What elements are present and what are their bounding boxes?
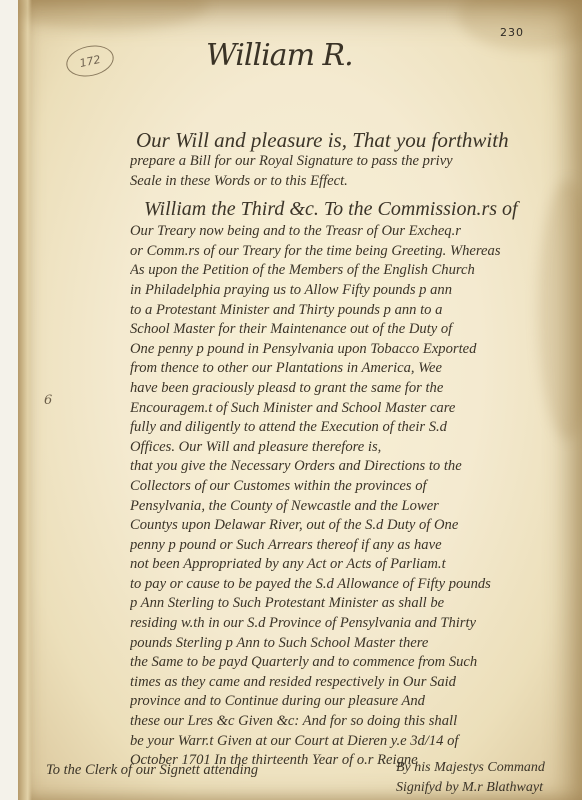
body-line: Our Treary now being and to the Treasr o…	[130, 222, 582, 242]
body-line: that you give the Necessary Orders and D…	[130, 457, 582, 477]
body-line: William the Third &c. To the Commission.…	[130, 197, 582, 222]
document-heading: William R.	[206, 38, 353, 73]
folio-number-circled: 172	[63, 41, 116, 80]
addressee-line: To the Clerk of our Signett attending	[46, 762, 258, 779]
signature-block: By his Majestys Command Signifyd by M.r …	[396, 758, 582, 798]
page-number: 230	[500, 26, 524, 39]
body-line: these our Lres &c Given &c: And for so d…	[130, 712, 582, 732]
body-line: residing w.th in our S.d Province of Pen…	[130, 614, 582, 634]
body-line: be your Warr.t Given at our Court at Die…	[130, 732, 582, 752]
body-line: fully and diligently to attend the Execu…	[130, 418, 582, 438]
body-line: not been Appropriated by any Act or Acts…	[130, 555, 582, 575]
body-line: in Philadelphia praying us to Allow Fift…	[130, 281, 582, 301]
body-line: have been graciously pleasd to grant the…	[130, 379, 582, 399]
body-line: to pay or cause to be payed the S.d Allo…	[130, 575, 582, 595]
body-line: One penny p pound in Pensylvania upon To…	[130, 340, 582, 360]
paper-edge	[18, 0, 32, 800]
body-line: Encouragem.t of Such Minister and School…	[130, 399, 582, 419]
body-line: As upon the Petition of the Members of t…	[130, 261, 582, 281]
body-line: the Same to be payd Quarterly and to com…	[130, 653, 582, 673]
body-line: penny p pound or Such Arrears thereof if…	[130, 536, 582, 556]
body-line: Collectors of our Customes within the pr…	[130, 477, 582, 497]
body-line: Pensylvania, the County of Newcastle and…	[130, 497, 582, 517]
margin-note: 6	[44, 393, 52, 408]
body-line: Offices. Our Will and pleasure therefore…	[130, 438, 582, 458]
stain	[458, 0, 582, 50]
body-line: Seale in these Words or to this Effect.	[130, 172, 582, 192]
body-line: School Master for their Maintenance out …	[130, 320, 582, 340]
body-line: from thence to other our Plantations in …	[130, 359, 582, 379]
body-line: pounds Sterling p Ann to Such School Mas…	[130, 634, 582, 654]
body-line: prepare a Bill for our Royal Signature t…	[130, 152, 582, 172]
signature-line: Signifyd by M.r Blathwayt	[396, 778, 582, 798]
body-line: or Comm.rs of our Treary for the time be…	[130, 242, 582, 262]
body-line: p Ann Sterling to Such Protestant Minist…	[130, 594, 582, 614]
stain	[18, 0, 208, 30]
body-line: Countys upon Delawar River, out of the S…	[130, 516, 582, 536]
body-line: to a Protestant Minister and Thirty poun…	[130, 301, 582, 321]
manuscript-page: 172 230 William R. 6 Our Will and pleasu…	[18, 0, 582, 800]
document-body: Our Will and pleasure is, That you forth…	[130, 128, 582, 771]
body-line: province and to Continue during our plea…	[130, 692, 582, 712]
body-line: times as they came and resided respectiv…	[130, 673, 582, 693]
body-line: Our Will and pleasure is, That you forth…	[130, 128, 582, 152]
signature-line: By his Majestys Command	[396, 758, 582, 778]
